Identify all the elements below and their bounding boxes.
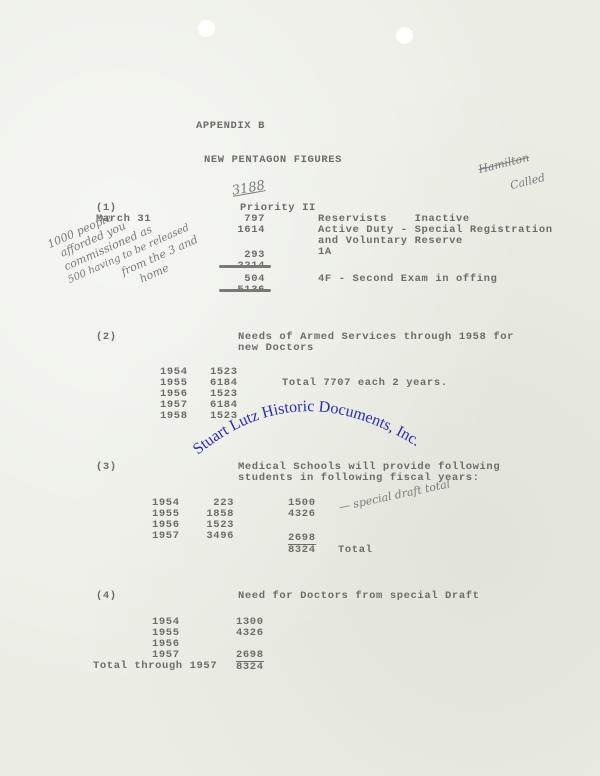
section3-number: (3)	[96, 461, 117, 473]
handwritten-note-name: Hamilton	[477, 152, 530, 176]
handwritten-note-total: 3188	[231, 180, 266, 198]
appendix-label: APPENDIX B	[196, 120, 265, 132]
section1-4f-label: 4F - Second Exam in offing	[318, 273, 497, 285]
section4-heading: Need for Doctors from special Draft	[238, 590, 480, 602]
handwritten-note-called: Called	[509, 172, 546, 192]
punch-hole	[396, 27, 413, 44]
struck-value: 2214	[225, 260, 265, 272]
section1-date: March 31	[96, 213, 151, 225]
handwritten-margin-note: 1000 people afforded you commissioned as…	[46, 171, 242, 331]
section3-total-label: Total	[338, 544, 373, 556]
svg-text:Stuart Lutz Historic Documents: Stuart Lutz Historic Documents, Inc.	[190, 398, 423, 458]
watermark: Stuart Lutz Historic Documents, Inc.	[190, 380, 430, 460]
document-page: APPENDIX B NEW PENTAGON FIGURES Hamilton…	[0, 0, 600, 776]
section4-total-value: 8324	[236, 661, 264, 673]
section3-total-value: 8324	[288, 544, 316, 556]
document-title: NEW PENTAGON FIGURES	[204, 154, 342, 166]
struck-value: 5136	[225, 284, 265, 296]
section4-total-label: Total through 1957	[93, 660, 217, 672]
section4-number: (4)	[96, 590, 117, 602]
punch-hole	[198, 20, 215, 37]
section2-number: (2)	[96, 331, 117, 343]
